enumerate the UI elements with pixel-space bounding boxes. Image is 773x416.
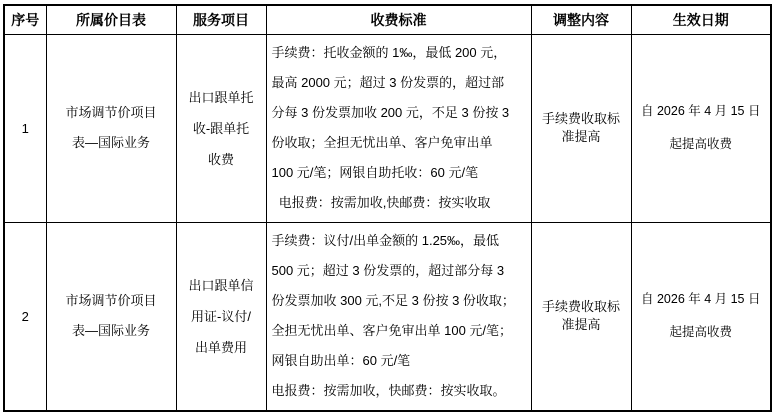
fee-standard-cell: 手续费：议付/出单金额的 1.25‰，最低 500 元；超过 3 份发票的，超过… [266,222,531,411]
price-list-cell: 市场调节价项目 表—国际业务 [46,222,176,411]
fee-adjustment-table: 序号 所属价目表 服务项目 收费标准 调整内容 生效日期 1 市场调节价项目 表… [3,4,772,412]
service-item-cell: 出口跟单信 用证-议付/ 出单费用 [176,222,266,411]
header-cell-pricelist: 所属价目表 [46,5,176,34]
adjustment-cell: 手续费收取标 准提高 [531,34,631,222]
header-cell-service: 服务项目 [176,5,266,34]
header-cell-no: 序号 [4,5,46,34]
price-list-cell: 市场调节价项目 表—国际业务 [46,34,176,222]
document-page: 序号 所属价目表 服务项目 收费标准 调整内容 生效日期 1 市场调节价项目 表… [0,0,773,416]
table-row: 1 市场调节价项目 表—国际业务 出口跟单托 收-跟单托 收费 手续费：托收金额… [4,34,771,222]
table-header-row: 序号 所属价目表 服务项目 收费标准 调整内容 生效日期 [4,5,771,34]
fee-standard-cell: 手续费：托收金额的 1‰，最低 200 元， 最高 2000 元；超过 3 份发… [266,34,531,222]
row-number: 1 [4,34,46,222]
row-number: 2 [4,222,46,411]
header-cell-adjust: 调整内容 [531,5,631,34]
effective-date-cell: 自 2026 年 4 月 15 日 起提高收费 [631,34,771,222]
service-item-cell: 出口跟单托 收-跟单托 收费 [176,34,266,222]
header-cell-date: 生效日期 [631,5,771,34]
header-cell-fee: 收费标准 [266,5,531,34]
effective-date-cell: 自 2026 年 4 月 15 日 起提高收费 [631,222,771,411]
adjustment-cell: 手续费收取标 准提高 [531,222,631,411]
table-row: 2 市场调节价项目 表—国际业务 出口跟单信 用证-议付/ 出单费用 手续费：议… [4,222,771,411]
